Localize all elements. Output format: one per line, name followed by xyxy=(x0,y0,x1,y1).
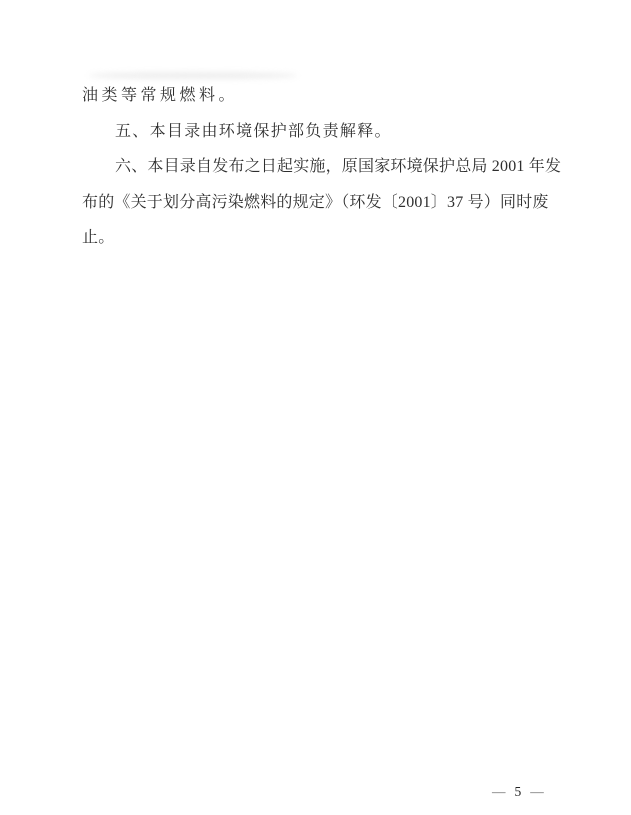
paragraph-line-item-six-1: 六、本目录自发布之日起实施，原国家环境保护总局 2001 年发 xyxy=(82,149,568,185)
footer-page-number: 5 xyxy=(515,784,522,800)
footer-dash-right: — xyxy=(530,785,544,799)
paragraph-line-item-six-2: 布的《关于划分高污染燃料的规定》（环发〔2001〕37 号）同时废 xyxy=(82,185,568,221)
page-footer: — 5 — xyxy=(492,784,544,800)
document-body: 油类等常规燃料。 五、本目录由环境保护部负责解释。 六、本目录自发布之日起实施，… xyxy=(82,78,568,256)
scanned-document-page: 油类等常规燃料。 五、本目录由环境保护部负责解释。 六、本目录自发布之日起实施，… xyxy=(0,0,631,815)
paragraph-line-continuation: 油类等常规燃料。 xyxy=(82,78,568,114)
paragraph-line-item-five: 五、本目录由环境保护部负责解释。 xyxy=(82,114,568,150)
paragraph-line-item-six-3: 止。 xyxy=(82,220,568,256)
footer-dash-left: — xyxy=(492,785,506,799)
